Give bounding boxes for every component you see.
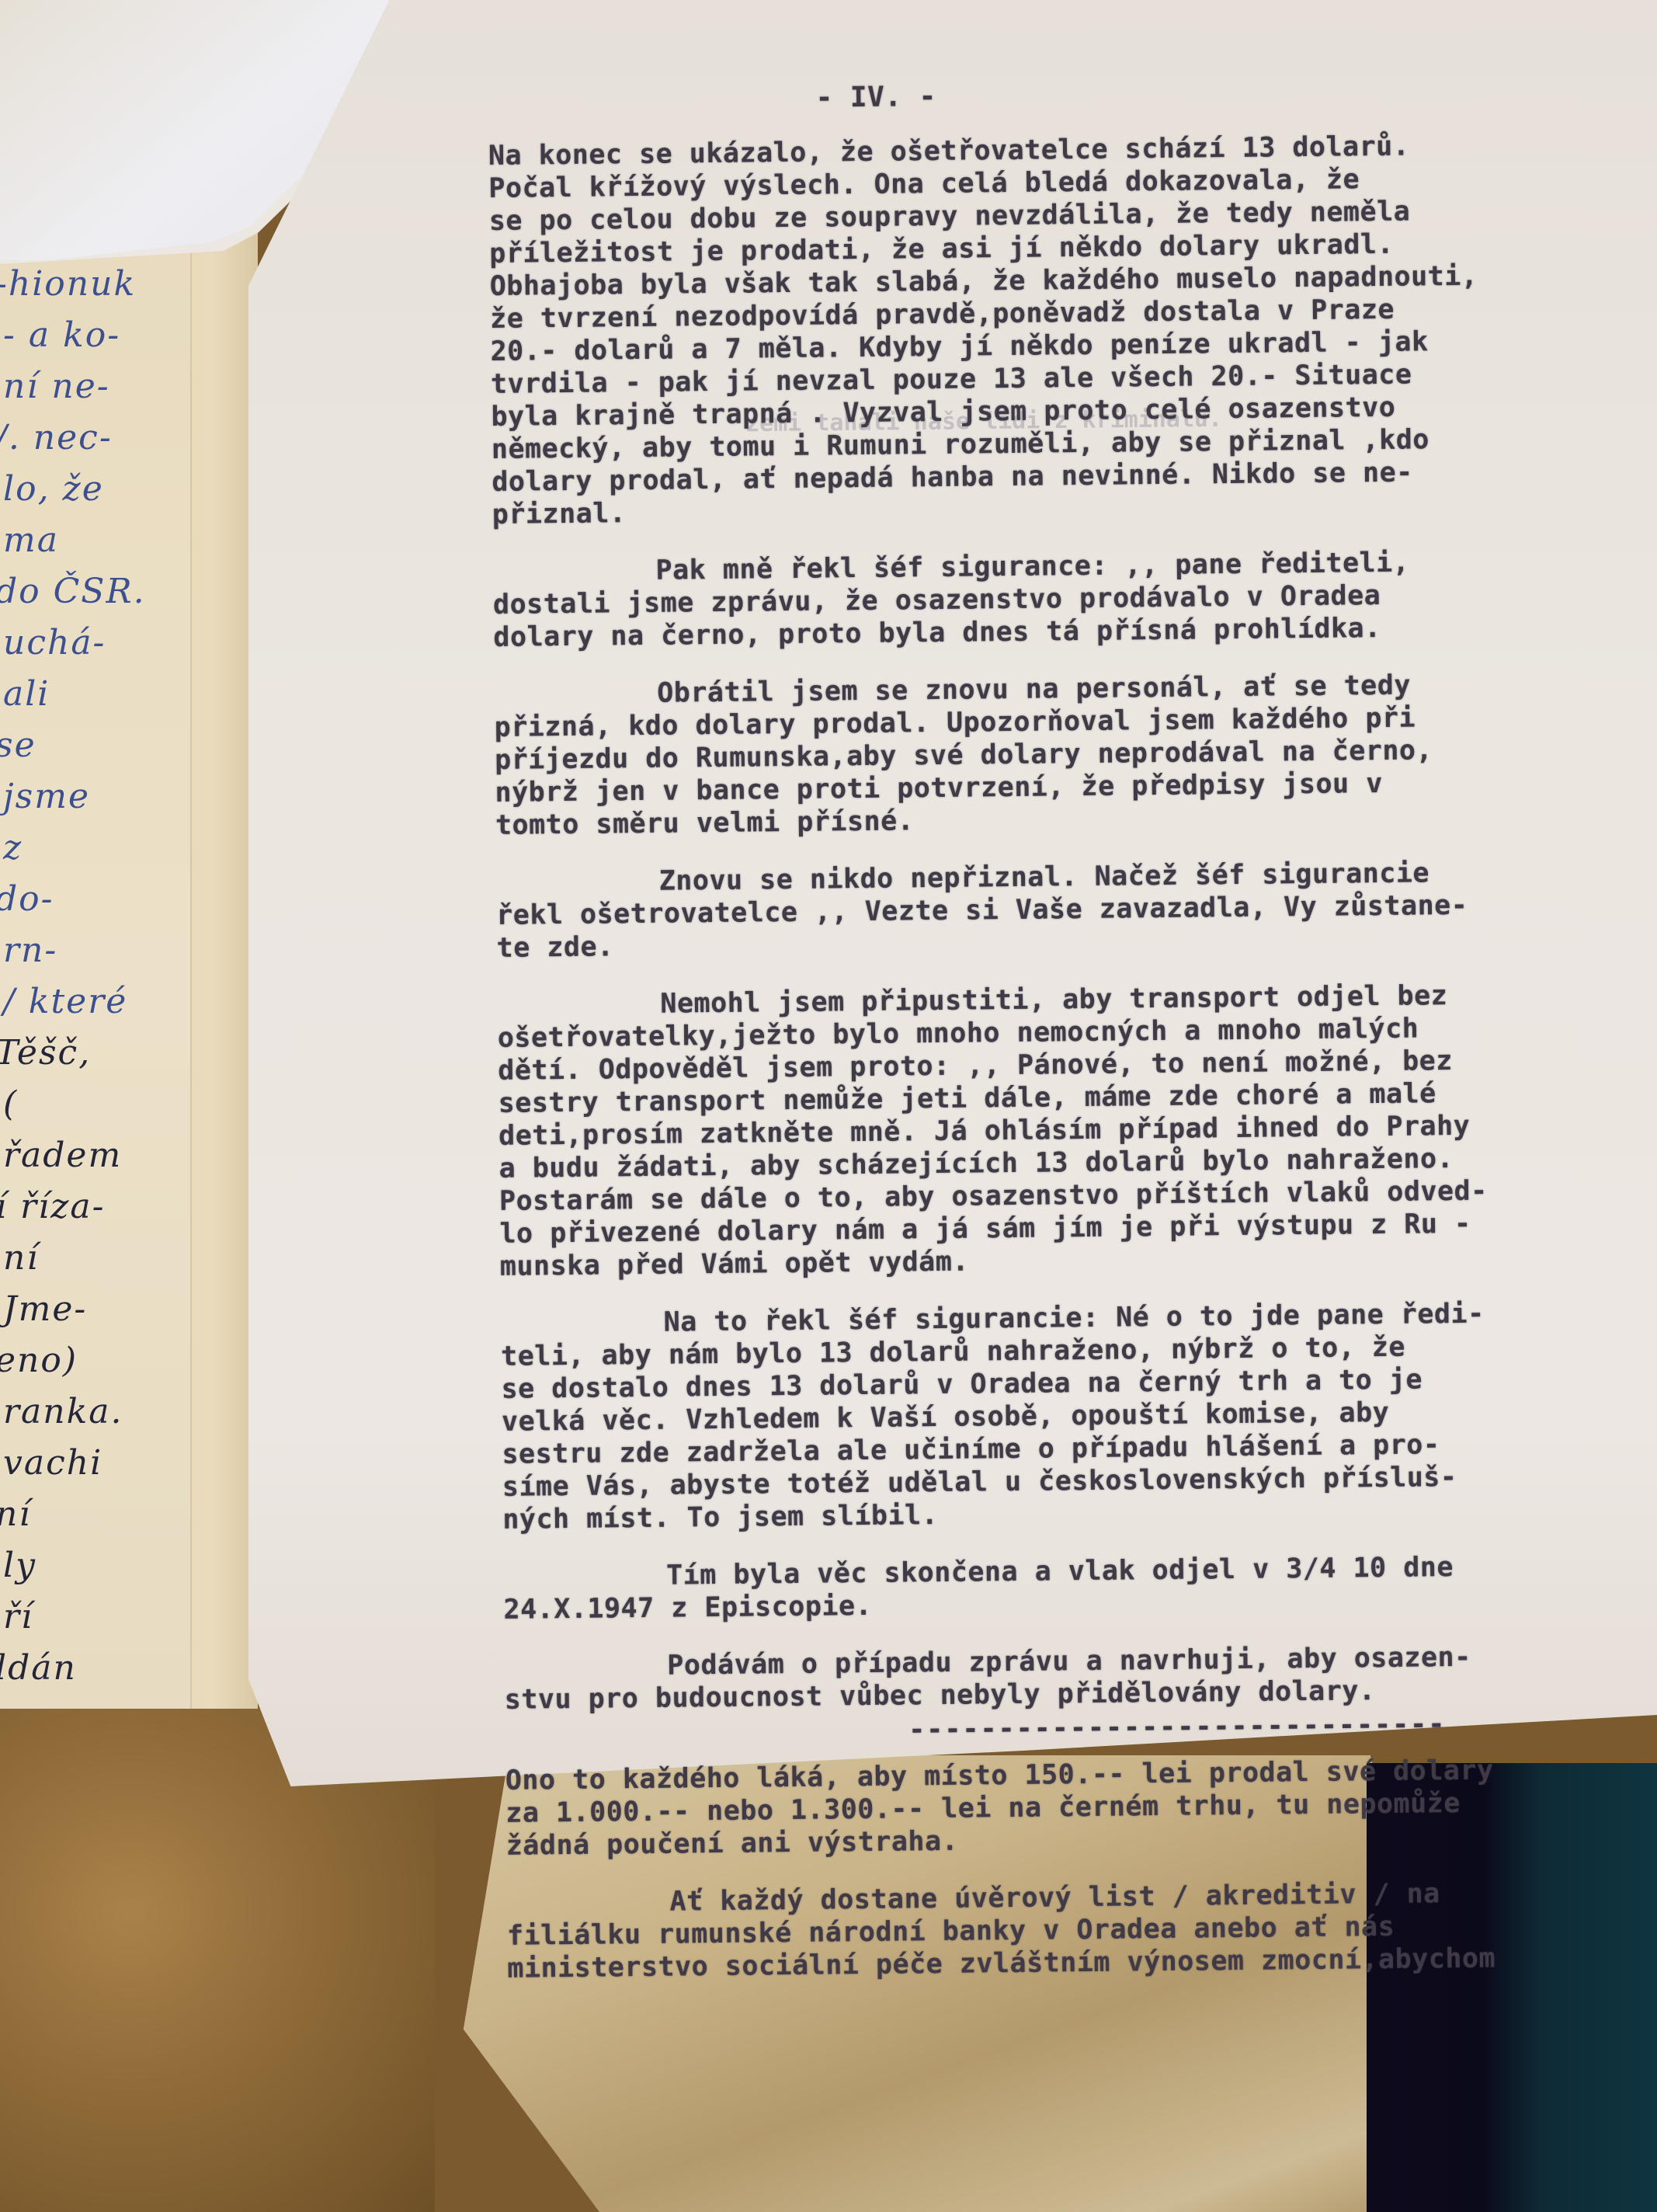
handwritten-line: / které <box>3 982 127 1021</box>
handwritten-line: ranka. <box>3 1392 123 1431</box>
handwritten-line: rn- <box>3 930 57 970</box>
paragraph-p6: Na to řekl šéf sigurancie: Né o to jde p… <box>500 1296 1657 1536</box>
handwritten-line: ří <box>3 1597 33 1636</box>
paragraph-p8: Podávám o případu zprávu a navrhuji, aby… <box>504 1639 1657 1716</box>
typewritten-text: - IV. - Na konec se ukázalo, že ošetřova… <box>488 73 1657 2010</box>
handwritten-page: -hionuk- a ko-ní ne-/. nec-lo, žemado ČS… <box>0 249 192 1709</box>
paragraphs-main: Na konec se ukázalo, že ošetřovatelce sc… <box>488 127 1657 1716</box>
handwritten-line: řadem <box>3 1136 122 1175</box>
handwritten-line: do- <box>0 879 54 919</box>
paragraph-p10: Ať každý dostane úvěrový list / akrediti… <box>506 1875 1657 1985</box>
handwritten-line: ní ne- <box>3 367 110 406</box>
handwritten-line: jsme <box>3 777 90 816</box>
paragraphs-after-separator: Ono to každého láká, aby místo 150.-- le… <box>505 1752 1657 1985</box>
paragraph-p1: Na konec se ukázalo, že ošetřovatelce sc… <box>488 127 1657 531</box>
handwritten-line: ldán <box>0 1648 77 1688</box>
handwritten-line: ( <box>3 1084 18 1124</box>
dashed-separator: ------------------------------ <box>908 1706 1657 1746</box>
paragraph-p4: Znovu se nikdo nepřiznal. Načež šéf sigu… <box>496 854 1657 965</box>
handwritten-line: /. nec- <box>0 418 113 457</box>
handwritten-line: vachi <box>3 1443 102 1483</box>
paragraph-p2: Pak mně řekl šéf sigurance: ,, pane ředi… <box>492 544 1657 654</box>
fabric-background-left <box>0 1709 435 2212</box>
paragraph-p9: Ono to každého láká, aby místo 150.-- le… <box>505 1752 1657 1862</box>
handwritten-line: do ČSR. <box>0 572 146 611</box>
handwritten-line: lo, že <box>3 469 104 509</box>
handwritten-line: Těšč, <box>0 1033 91 1073</box>
handwritten-line: í říza- <box>0 1187 105 1226</box>
handwritten-line: ní <box>3 1238 39 1278</box>
handwritten-line: -hionuk <box>0 264 136 304</box>
handwritten-line: uchá- <box>3 623 106 663</box>
paragraph-p7: Tím byla věc skončena a vlak odjel v 3/4… <box>503 1549 1657 1626</box>
handwritten-line: - a ko- <box>3 315 120 355</box>
handwritten-line: eno) <box>0 1341 78 1380</box>
handwritten-line: ly <box>3 1546 36 1585</box>
handwritten-line: Jme- <box>3 1289 87 1329</box>
handwritten-line: ní <box>0 1494 31 1534</box>
handwritten-line: z <box>3 828 23 868</box>
handwritten-line: ali <box>3 674 50 714</box>
paragraph-p5: Nemohl jsem připustiti, aby transport od… <box>497 977 1657 1283</box>
handwritten-line: se <box>0 725 36 765</box>
paragraph-p3: Obrátil jsem se znovu na personál, ať se… <box>494 666 1657 842</box>
handwritten-line: ma <box>3 520 59 560</box>
